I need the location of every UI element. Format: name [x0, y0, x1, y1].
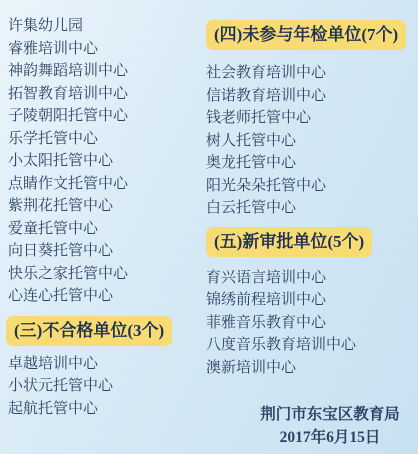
unit-list-item: 爱童托管中心	[8, 218, 204, 241]
unit-list-item: 睿雅培训中心	[8, 38, 204, 61]
unit-list-item: 心连心托管中心	[8, 285, 204, 308]
signature-block: 荆门市东宝区教育局 2017年6月15日	[248, 403, 412, 449]
unit-list-item: 锦绣前程培训中心	[206, 289, 412, 312]
unit-list-continued: 许集幼儿园睿雅培训中心神韵舞蹈培训中心拓智教育培训中心子陵朝阳托管中心乐学托管中…	[8, 15, 204, 308]
unit-list-item: 八度音乐教育培训中心	[206, 334, 412, 357]
unit-list-item: 起航托管中心	[8, 398, 204, 421]
section-header-not-inspected: (四)未参与年检单位(7个)	[206, 20, 406, 50]
issuer-name: 荆门市东宝区教育局	[248, 403, 412, 426]
unit-list-item: 紫荆花托管中心	[8, 195, 204, 218]
unit-list-not-inspected: 社会教育培训中心信诺教育培训中心钱老师托管中心树人托管中心奥龙托管中心阳光朵朵托…	[206, 62, 412, 220]
unit-list-item: 向日葵托管中心	[8, 240, 204, 263]
unit-list-item: 菲雅音乐教育中心	[206, 312, 412, 335]
section-header-unqualified: (三)不合格单位(3个)	[6, 316, 172, 346]
unit-list-item: 小状元托管中心	[8, 375, 204, 398]
section-header-newly-approved: (五)新审批单位(5个)	[206, 227, 372, 257]
unit-list-item: 子陵朝阳托管中心	[8, 105, 204, 128]
unit-list-item: 育兴语言培训中心	[206, 267, 412, 290]
right-column: (四)未参与年检单位(7个) 社会教育培训中心信诺教育培训中心钱老师托管中心树人…	[206, 20, 412, 449]
unit-list-item: 小太阳托管中心	[8, 150, 204, 173]
unit-list-item: 奥龙托管中心	[206, 152, 412, 175]
left-column: 许集幼儿园睿雅培训中心神韵舞蹈培训中心拓智教育培训中心子陵朝阳托管中心乐学托管中…	[8, 15, 204, 420]
unit-list-unqualified: 卓越培训中心小状元托管中心起航托管中心	[8, 353, 204, 421]
unit-list-newly-approved: 育兴语言培训中心锦绣前程培训中心菲雅音乐教育中心八度音乐教育培训中心澳新培训中心	[206, 267, 412, 380]
issue-date: 2017年6月15日	[248, 426, 412, 449]
unit-list-item: 钱老师托管中心	[206, 107, 412, 130]
unit-list-item: 树人托管中心	[206, 130, 412, 153]
unit-list-item: 许集幼儿园	[8, 15, 204, 38]
unit-list-item: 点睛作文托管中心	[8, 173, 204, 196]
notice-document: 许集幼儿园睿雅培训中心神韵舞蹈培训中心拓智教育培训中心子陵朝阳托管中心乐学托管中…	[0, 0, 418, 454]
unit-list-item: 乐学托管中心	[8, 128, 204, 151]
unit-list-item: 快乐之家托管中心	[8, 263, 204, 286]
unit-list-item: 社会教育培训中心	[206, 62, 412, 85]
unit-list-item: 神韵舞蹈培训中心	[8, 60, 204, 83]
unit-list-item: 白云托管中心	[206, 197, 412, 220]
unit-list-item: 信诺教育培训中心	[206, 85, 412, 108]
unit-list-item: 拓智教育培训中心	[8, 83, 204, 106]
unit-list-item: 澳新培训中心	[206, 357, 412, 380]
unit-list-item: 卓越培训中心	[8, 353, 204, 376]
unit-list-item: 阳光朵朵托管中心	[206, 175, 412, 198]
